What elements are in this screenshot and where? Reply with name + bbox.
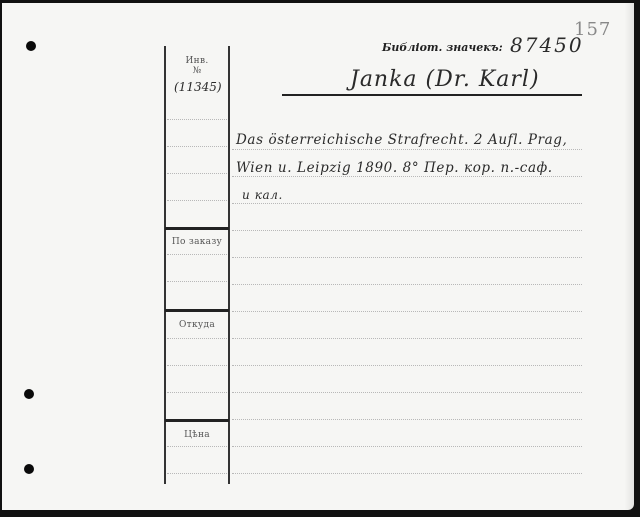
corner-annotation: 157 bbox=[574, 19, 611, 40]
rule-line bbox=[232, 284, 582, 285]
left-rule-line bbox=[167, 119, 227, 120]
section-divider-order bbox=[165, 227, 229, 230]
rule-line bbox=[232, 473, 582, 474]
left-rule-line bbox=[167, 338, 227, 339]
left-rule-line bbox=[167, 446, 227, 447]
description-line-2: Wien u. Leipzig 1890. 8° Пер. кор. п.-са… bbox=[236, 160, 553, 176]
description-line-3: и кал. bbox=[242, 188, 283, 202]
section-divider-source bbox=[165, 309, 229, 312]
rule-line bbox=[232, 311, 582, 312]
rule-line bbox=[232, 365, 582, 366]
order-label: По заказу bbox=[166, 237, 228, 247]
punch-hole-bottom bbox=[24, 464, 34, 474]
inventory-label-line2: № bbox=[166, 66, 228, 76]
rule-line bbox=[232, 149, 582, 150]
inventory-label: Инв. № bbox=[166, 56, 228, 76]
left-rule-line bbox=[167, 392, 227, 393]
left-rule-line bbox=[167, 173, 227, 174]
left-rule-line bbox=[167, 281, 227, 282]
rule-line bbox=[232, 257, 582, 258]
rule-line bbox=[232, 338, 582, 339]
rule-line bbox=[232, 230, 582, 231]
rule-line bbox=[232, 392, 582, 393]
author-underline bbox=[282, 94, 582, 96]
section-divider-price bbox=[165, 419, 229, 422]
punch-hole-middle bbox=[24, 389, 34, 399]
inventory-label-line1: Инв. bbox=[166, 56, 228, 66]
left-rule-line bbox=[167, 365, 227, 366]
source-label: Откуда bbox=[166, 320, 228, 330]
price-label: Цѣна bbox=[166, 430, 228, 440]
library-mark-label: Библіот. значекъ: bbox=[382, 41, 503, 54]
author-name: Janka (Dr. Karl) bbox=[350, 67, 540, 92]
rule-line bbox=[232, 446, 582, 447]
description-line-1: Das österreichische Strafrecht. 2 Aufl. … bbox=[236, 132, 567, 148]
rule-line bbox=[232, 176, 582, 177]
rule-line bbox=[232, 203, 582, 204]
left-rule-line bbox=[167, 146, 227, 147]
library-mark-value: 87450 bbox=[510, 33, 584, 57]
inventory-value: (11345) bbox=[174, 80, 222, 94]
left-rule-line bbox=[167, 200, 227, 201]
rule-line bbox=[232, 419, 582, 420]
catalog-card: Библіот. значекъ: 87450 157 Инв. № (1134… bbox=[2, 3, 634, 510]
punch-hole-top bbox=[26, 41, 36, 51]
left-rule-line bbox=[167, 254, 227, 255]
left-rule-line bbox=[167, 473, 227, 474]
